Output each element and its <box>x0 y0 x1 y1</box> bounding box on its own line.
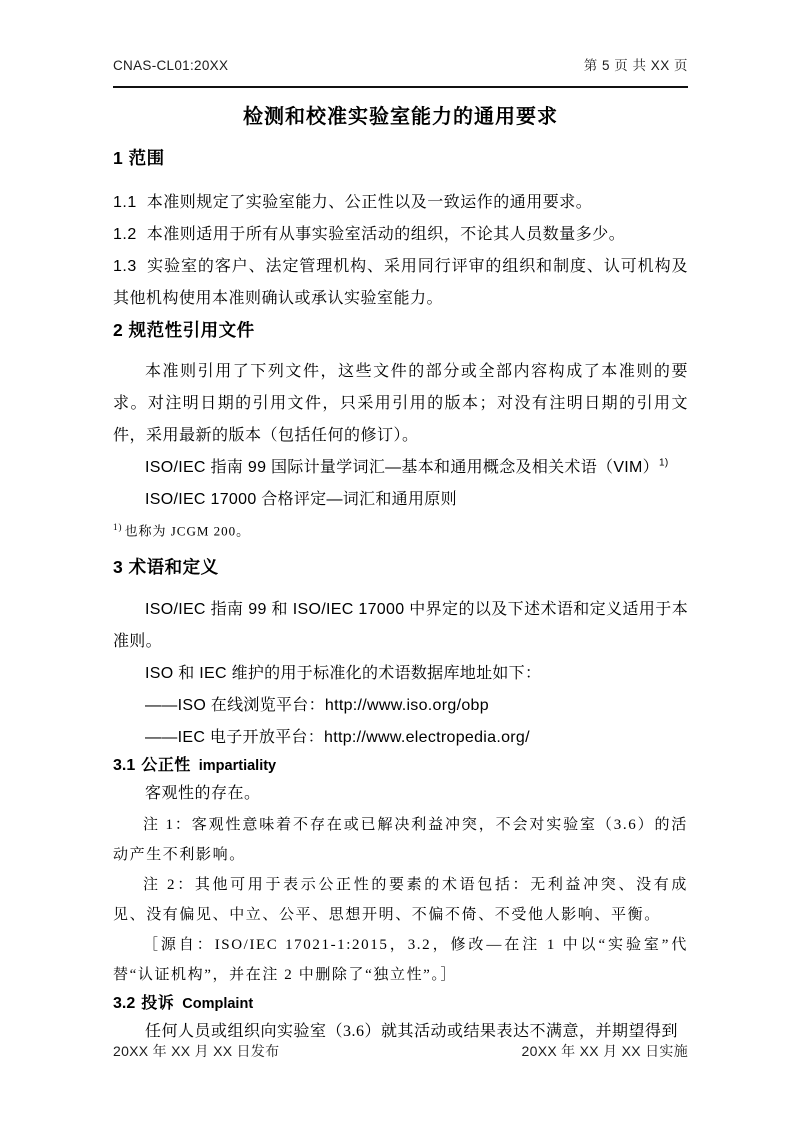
clause-1-3-text: 实验室的客户、法定管理机构、采用同行评审的组织和制度、认可机构及其他机构使用本准… <box>113 258 688 307</box>
term-3-1-note-2: 注 2：其他可用于表示公正性的要素的术语包括：无利益冲突、没有成见、没有偏见、中… <box>113 870 688 930</box>
term-3-1-note-1: 注 1：客观性意味着不存在或已解决利益冲突，不会对实验室（3.6）的活动产生不利… <box>113 810 688 870</box>
document-title: 检测和校准实验室能力的通用要求 <box>113 104 688 130</box>
term-3-1-name-zh: 公正性 <box>141 757 191 774</box>
reference-17000-text: ISO/IEC 17000 合格评定—词汇和通用原则 <box>145 491 457 508</box>
reference-vim-footnote-marker: 1) <box>659 458 669 469</box>
reference-vim-text: ISO/IEC 指南 99 国际计量学词汇—基本和通用概念及相关术语（VIM） <box>145 459 659 476</box>
page-header: CNAS-CL01:20XX 第 5 页 共 XX 页 <box>113 0 688 74</box>
reference-17000: ISO/IEC 17000 合格评定—词汇和通用原则 <box>113 484 688 516</box>
term-3-1-heading: 3.1公正性impartiality <box>113 754 688 778</box>
section-3-intro: ISO/IEC 指南 99 和 ISO/IEC 17000 中界定的以及下述术语… <box>113 594 688 658</box>
term-3-1-name-en: impartiality <box>199 758 276 774</box>
clause-1-2-number: 1.2 <box>113 226 137 243</box>
clause-1-2: 1.2本准则适用于所有从事实验室活动的组织，不论其人员数量多少。 <box>113 219 688 251</box>
platform-iec-electropedia: ——IEC 电子开放平台：http://www.electropedia.org… <box>113 722 688 754</box>
section-2-heading: 2 规范性引用文件 <box>113 317 688 343</box>
clause-1-2-text: 本准则适用于所有从事实验室活动的组织，不论其人员数量多少。 <box>147 226 626 243</box>
term-3-2-name-en: Complaint <box>182 996 253 1012</box>
footnote-jcgm: 1)也称为 JCGM 200。 <box>113 518 688 540</box>
term-3-1-number: 3.1 <box>113 757 135 774</box>
document-code: CNAS-CL01:20XX <box>113 57 228 74</box>
clause-1-1-number: 1.1 <box>113 194 137 211</box>
implementation-date: 20XX 年 XX 月 XX 日实施 <box>522 1042 688 1060</box>
platform-iso-obp: ——ISO 在线浏览平台：http://www.iso.org/obp <box>113 690 688 722</box>
section-1-heading: 1 范围 <box>113 145 688 171</box>
terminology-database-intro: ISO 和 IEC 维护的用于标准化的术语数据库地址如下： <box>113 658 688 690</box>
page-number-indicator: 第 5 页 共 XX 页 <box>584 57 688 74</box>
clause-1-3-number: 1.3 <box>113 258 137 275</box>
footnote-marker: 1) <box>113 522 123 532</box>
page-footer: 20XX 年 XX 月 XX 日发布 20XX 年 XX 月 XX 日实施 <box>113 1042 688 1060</box>
header-rule <box>113 86 688 88</box>
footnote-text: 也称为 JCGM 200。 <box>125 523 251 538</box>
section-2-intro: 本准则引用了下列文件，这些文件的部分或全部内容构成了本准则的要求。对注明日期的引… <box>113 356 688 452</box>
section-3-heading: 3 术语和定义 <box>113 554 688 580</box>
term-3-2-heading: 3.2投诉Complaint <box>113 992 688 1016</box>
document-page: CNAS-CL01:20XX 第 5 页 共 XX 页 检测和校准实验室能力的通… <box>0 0 800 1131</box>
term-3-2-number: 3.2 <box>113 995 135 1012</box>
term-3-1-source: ［源自：ISO/IEC 17021-1:2015，3.2，修改—在注 1 中以“… <box>113 930 688 990</box>
term-3-1-definition: 客观性的存在。 <box>113 778 688 810</box>
term-3-2-name-zh: 投诉 <box>141 995 174 1012</box>
issue-date: 20XX 年 XX 月 XX 日发布 <box>113 1042 279 1060</box>
clause-1-1-text: 本准则规定了实验室能力、公正性以及一致运作的通用要求。 <box>147 194 593 211</box>
reference-vim: ISO/IEC 指南 99 国际计量学词汇—基本和通用概念及相关术语（VIM）1… <box>113 452 688 484</box>
clause-1-1: 1.1本准则规定了实验室能力、公正性以及一致运作的通用要求。 <box>113 187 688 219</box>
clause-1-3: 1.3实验室的客户、法定管理机构、采用同行评审的组织和制度、认可机构及其他机构使… <box>113 251 688 315</box>
